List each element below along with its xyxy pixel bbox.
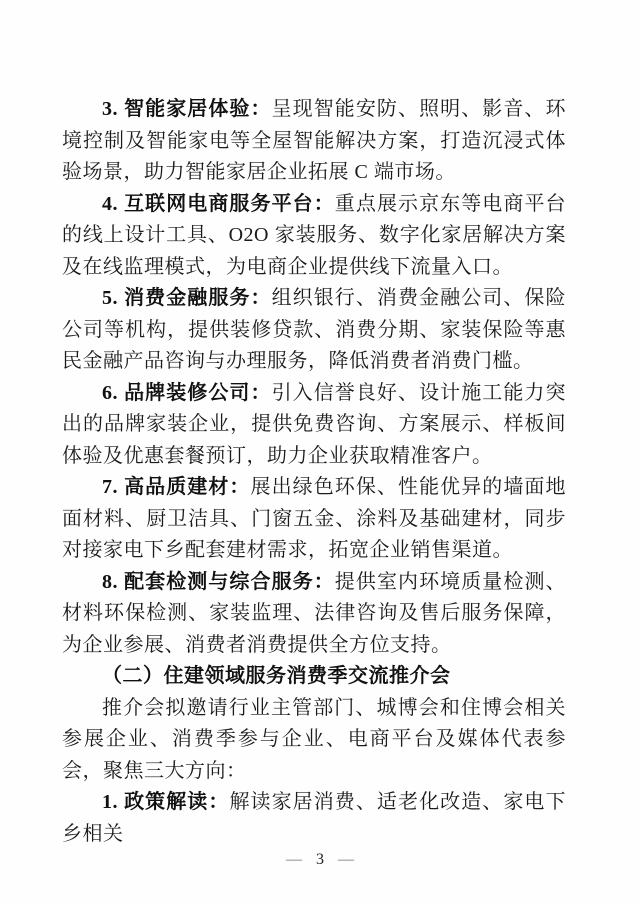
document-body: 3. 智能家居体验：呈现智能安防、照明、影音、环境控制及智能家电等全屋智能解决方… — [62, 94, 566, 850]
section-heading-text: （二）住建领域服务消费季交流推介会 — [102, 665, 451, 687]
intro-paragraph: 推介会拟邀请行业主管部门、城博会和住博会相关参展企业、消费季参与企业、电商平台及… — [62, 693, 566, 788]
paragraph-item-policy: 1. 政策解读：解读家居消费、适老化改造、家电下乡相关 — [62, 787, 566, 850]
paragraph-heading: 8. 配套检测与综合服务： — [102, 571, 335, 593]
paragraph-heading: 4. 互联网电商服务平台： — [102, 193, 335, 215]
page-footer: —3— — [0, 848, 640, 872]
document-page: 3. 智能家居体验：呈现智能安防、照明、影音、环境控制及智能家电等全屋智能解决方… — [0, 0, 640, 905]
paragraph-item-6: 6. 品牌装修公司：引入信誉良好、设计施工能力突出的品牌家装企业，提供免费咨询、… — [62, 378, 566, 473]
paragraph-item-3: 3. 智能家居体验：呈现智能安防、照明、影音、环境控制及智能家电等全屋智能解决方… — [62, 94, 566, 189]
page-number: 3 — [302, 851, 338, 868]
footer-left-dash: — — [286, 851, 302, 868]
section-heading-2: （二）住建领域服务消费季交流推介会 — [62, 661, 566, 693]
footer-right-dash: — — [338, 851, 354, 868]
paragraph-item-4: 4. 互联网电商服务平台：重点展示京东等电商平台的线上设计工具、O2O 家装服务… — [62, 189, 566, 284]
paragraph-heading: 7. 高品质建材： — [102, 476, 251, 498]
paragraph-text: 推介会拟邀请行业主管部门、城博会和住博会相关参展企业、消费季参与企业、电商平台及… — [62, 697, 566, 782]
paragraph-item-8: 8. 配套检测与综合服务：提供室内环境质量检测、材料环保检测、家装监理、法律咨询… — [62, 567, 566, 662]
paragraph-heading: 6. 品牌装修公司： — [102, 382, 272, 404]
paragraph-heading: 3. 智能家居体验： — [102, 98, 272, 120]
paragraph-item-5: 5. 消费金融服务：组织银行、消费金融公司、保险公司等机构，提供装修贷款、消费分… — [62, 283, 566, 378]
paragraph-heading: 1. 政策解读： — [102, 791, 229, 813]
paragraph-heading: 5. 消费金融服务： — [102, 287, 272, 309]
paragraph-item-7: 7. 高品质建材：展出绿色环保、性能优异的墙面地面材料、厨卫洁具、门窗五金、涂料… — [62, 472, 566, 567]
